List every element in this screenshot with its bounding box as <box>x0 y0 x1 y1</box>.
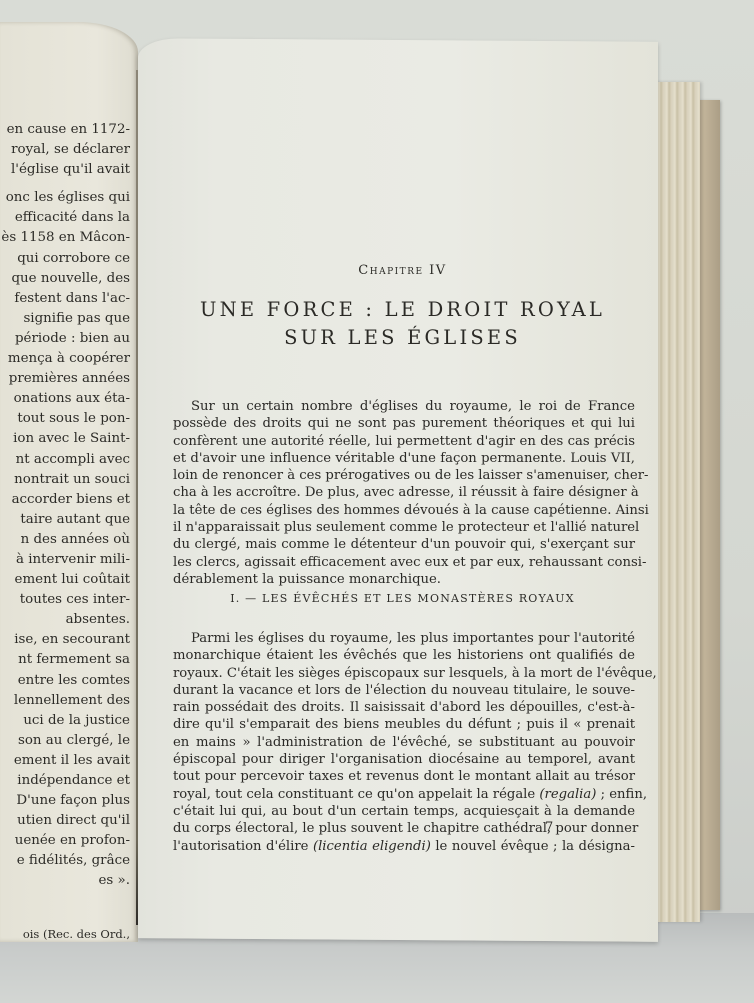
text-line: tout pour percevoir taxes et revenus don… <box>173 768 635 785</box>
text-line: absentes. <box>0 610 130 630</box>
text-line: e fidélités, grâce <box>0 851 130 871</box>
text-line: du clergé, mais comme le détenteur d'un … <box>173 536 635 553</box>
left-page-text: en cause en 1172-royal, se déclarerl'égl… <box>0 120 130 942</box>
text-line: entre les comtes <box>0 671 130 691</box>
text-line: ement il les avait <box>0 751 130 771</box>
text-line: que nouvelle, des <box>0 269 130 289</box>
text-line: mença à coopérer <box>0 349 130 369</box>
text-line: rain possédait des droits. Il saisissait… <box>173 699 635 716</box>
text-line: uci de la justice <box>0 711 130 731</box>
text-line: les clercs, agissait efficacement avec e… <box>173 554 635 571</box>
text-line: accorder biens et <box>0 490 130 510</box>
chapter-title-line-1: UNE FORCE : LE DROIT ROYAL <box>180 296 625 324</box>
text-line: en mains » l'administration de l'évêché,… <box>173 734 635 751</box>
text-line: royaux. C'était les sièges épiscopaux su… <box>173 665 635 682</box>
paragraph-1: Sur un certain nombre d'églises du royau… <box>173 398 635 588</box>
text-line: possède des droits qui ne sont pas purem… <box>173 415 635 432</box>
text-line: nt accompli avec <box>0 450 130 470</box>
text-line <box>0 180 130 188</box>
text-line: es ». <box>0 871 130 891</box>
text-line: c'était lui qui, au bout d'un certain te… <box>173 803 635 820</box>
text-line: du corps électoral, le plus souvent le c… <box>173 820 635 837</box>
text-line: nt fermement sa <box>0 650 130 670</box>
text-line: l'église qu'il avait <box>0 160 130 180</box>
text-line: nontrait un souci <box>0 470 130 490</box>
text-line: loin de renoncer à ces prérogatives ou d… <box>173 467 635 484</box>
text-line: Parmi les églises du royaume, les plus i… <box>173 630 635 647</box>
chapter-title: UNE FORCE : LE DROIT ROYAL SUR LES ÉGLIS… <box>180 296 625 352</box>
footnote-spacer <box>0 892 130 926</box>
text-line: ise, en secourant <box>0 630 130 650</box>
text-line: taire autant que <box>0 510 130 530</box>
text-line: ès 1158 en Mâcon- <box>0 228 130 248</box>
text-line: onations aux éta- <box>0 389 130 409</box>
text-line: et d'avoir une influence véritable d'une… <box>173 450 635 467</box>
chapter-title-line-2: SUR LES ÉGLISES <box>180 324 625 352</box>
text-line: dérablement la puissance monarchique. <box>173 571 635 588</box>
section-heading: I. — LES ÉVÊCHÉS ET LES MONASTÈRES ROYAU… <box>180 592 625 605</box>
text-line: toutes ces inter- <box>0 590 130 610</box>
text-line: période : bien au <box>0 329 130 349</box>
text-line: onc les églises qui <box>0 188 130 208</box>
book-photo: en cause en 1172-royal, se déclarerl'égl… <box>0 0 754 1003</box>
text-line: dire qu'il s'emparait des biens meubles … <box>173 716 635 733</box>
text-line: signifie pas que <box>0 309 130 329</box>
text-line: efficacité dans la <box>0 208 130 228</box>
text-line: épiscopal pour diriger l'organisation di… <box>173 751 635 768</box>
text-line: la tête de ces églises des hommes dévoué… <box>173 502 635 519</box>
text-line: royal, se déclarer <box>0 140 130 160</box>
chapter-label: Chapitre IV <box>180 263 625 278</box>
text-line: monarchique étaient les évêchés que les … <box>173 647 635 664</box>
text-line: D'une façon plus <box>0 791 130 811</box>
paragraph-2: Parmi les églises du royaume, les plus i… <box>173 630 635 855</box>
text-line: ement lui coûtait <box>0 570 130 590</box>
text-line: festent dans l'ac- <box>0 289 130 309</box>
text-line: Sur un certain nombre d'églises du royau… <box>173 398 635 415</box>
text-line: ois (Rec. des Ord., <box>0 926 130 942</box>
text-line: uenée en profon- <box>0 831 130 851</box>
text-line: premières années <box>0 369 130 389</box>
text-line: lennellement des <box>0 691 130 711</box>
text-line: l'autorisation d'élire (licentia eligend… <box>173 838 635 855</box>
book-gutter <box>136 70 138 925</box>
text-line: indépendance et <box>0 771 130 791</box>
page-number: 7 <box>545 820 553 835</box>
text-line: durant la vacance et lors de l'élection … <box>173 682 635 699</box>
text-line: il n'apparaissait plus seulement comme l… <box>173 519 635 536</box>
text-line: royal, tout cela constituant ce qu'on ap… <box>173 786 635 803</box>
text-line: qui corrobore ce <box>0 249 130 269</box>
text-line: cha à les accroître. De plus, avec adres… <box>173 484 635 501</box>
text-line: tout sous le pon- <box>0 409 130 429</box>
text-line: son au clergé, le <box>0 731 130 751</box>
text-line: n des années où <box>0 530 130 550</box>
text-line: confèrent une autorité réelle, lui perme… <box>173 433 635 450</box>
text-line: à intervenir mili- <box>0 550 130 570</box>
text-line: ion avec le Saint- <box>0 429 130 449</box>
text-line: utien direct qu'il <box>0 811 130 831</box>
text-line: en cause en 1172- <box>0 120 130 140</box>
left-page: en cause en 1172-royal, se déclarerl'égl… <box>0 22 138 942</box>
